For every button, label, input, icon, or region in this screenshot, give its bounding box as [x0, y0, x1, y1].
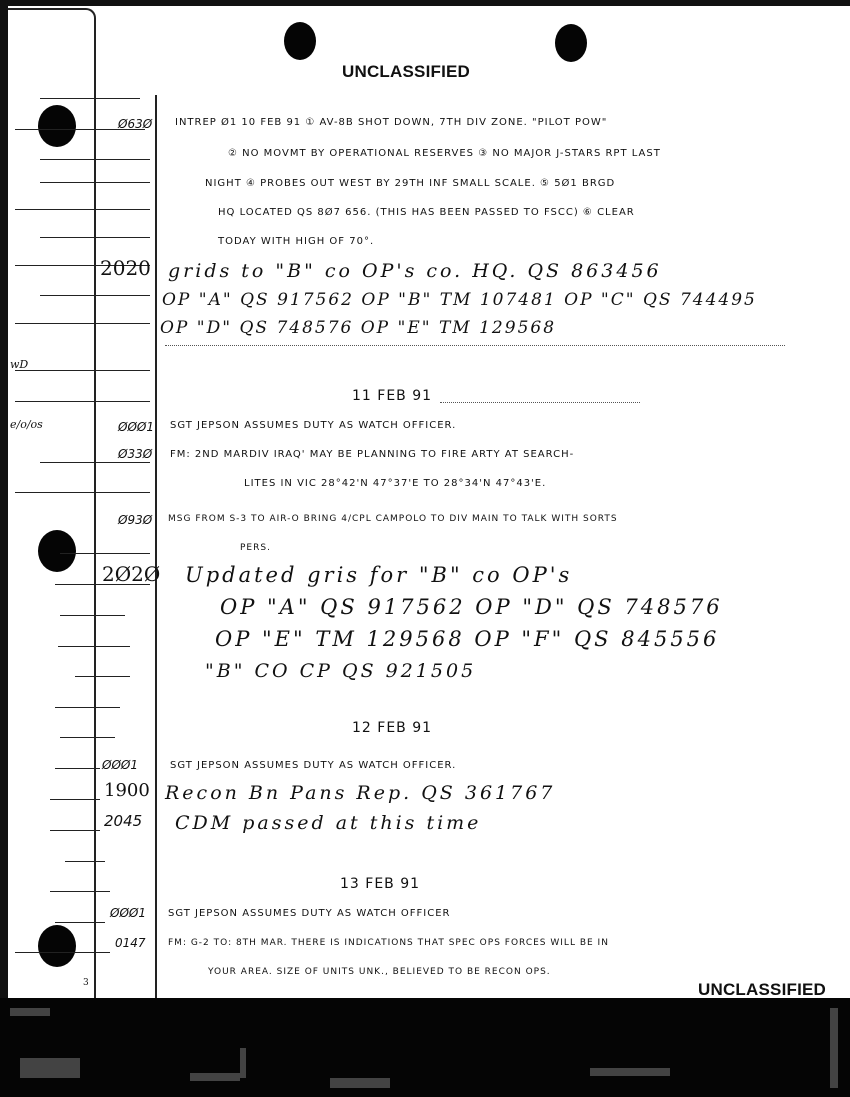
margin-rule: [60, 737, 115, 738]
margin-rule: [50, 891, 110, 892]
margin-rule: [58, 646, 130, 647]
date-heading: 13 FEB 91: [340, 876, 420, 892]
margin-rule: [15, 323, 150, 324]
entry-time: 0147: [115, 936, 146, 950]
margin-rule: [15, 401, 150, 402]
entry-time: Ø33Ø: [118, 447, 152, 461]
punch-hole-icon: [284, 22, 316, 60]
entry-time: ØØØ1: [102, 758, 138, 772]
margin-rule: [55, 707, 120, 708]
entry-line: ② NO MOVMT BY OPERATIONAL RESERVES ③ NO …: [228, 148, 661, 159]
punch-hole-icon: [555, 24, 587, 62]
entry-line: INTREP Ø1 10 FEB 91 ① AV-8B SHOT DOWN, 7…: [175, 117, 607, 128]
entry-line: CDM passed at this time: [175, 812, 481, 834]
ruled-line: [440, 402, 640, 403]
time-column-rule: [155, 95, 157, 1000]
entry-time: Ø93Ø: [118, 513, 152, 527]
entry-line: SGT JEPSON ASSUMES DUTY AS WATCH OFFICER…: [170, 420, 456, 431]
entry-line: Recon Bn Pans Rep. QS 361767: [165, 782, 555, 804]
entry-line: grids to "B" co OP's co. HQ. QS 863456: [168, 260, 662, 282]
margin-rule: [50, 799, 100, 800]
entry-line: Updated gris for "B" co OP's: [185, 563, 572, 587]
entry-line: LITES IN VIC 28°42'N 47°37'E TO 28°34'N …: [244, 478, 546, 489]
margin-rule: [50, 830, 100, 831]
margin-note: wD: [10, 358, 28, 371]
margin-rule: [40, 462, 150, 463]
entry-line: OP "E" TM 129568 OP "F" QS 845556: [215, 627, 719, 651]
page-top-edge: [0, 0, 850, 6]
date-heading: 12 FEB 91: [352, 720, 432, 736]
margin-rule: [40, 237, 150, 238]
page-left-edge: [0, 0, 8, 1000]
margin-rule: [15, 492, 150, 493]
page-marker: 3: [83, 978, 89, 988]
entry-line: NIGHT ④ PROBES OUT WEST BY 29TH INF SMAL…: [205, 178, 615, 189]
entry-line: MSG FROM S-3 TO AIR-O BRING 4/CPL CAMPOL…: [168, 514, 618, 524]
punch-hole-icon: [38, 925, 76, 967]
entry-time: ØØØ1: [110, 906, 146, 920]
punch-hole-icon: [38, 105, 76, 147]
entry-line: FM: 2ND MARDIV IRAQ' MAY BE PLANNING TO …: [170, 449, 574, 460]
margin-rule: [40, 295, 150, 296]
margin-rule: [15, 209, 150, 210]
margin-rule: [40, 98, 140, 99]
ruled-line: [165, 345, 785, 346]
margin-rule: [40, 159, 150, 160]
entry-line: FM: G-2 TO: 8TH MAR. THERE IS INDICATION…: [168, 938, 609, 948]
margin-rule: [15, 952, 110, 953]
date-heading: 11 FEB 91: [352, 388, 432, 404]
entry-time: ØØØ1: [118, 420, 154, 434]
entry-line: TODAY WITH HIGH OF 70°.: [218, 236, 374, 247]
entry-time: 2020: [100, 256, 151, 280]
classification-footer: UNCLASSIFIED: [698, 980, 826, 1000]
margin-rule: [55, 922, 105, 923]
entry-line: HQ LOCATED QS 8Ø7 656. (THIS HAS BEEN PA…: [218, 207, 635, 218]
entry-line: "B" CO CP QS 921505: [205, 660, 476, 682]
punch-hole-icon: [38, 530, 76, 572]
scan-shadow-band: [0, 998, 850, 1097]
margin-rule: [75, 676, 130, 677]
margin-note: e/o/os: [10, 418, 43, 431]
entry-line: OP "D" QS 748576 OP "E" TM 129568: [160, 318, 556, 338]
log-page: wD e/o/os 3 UNCLASSIFIED UNCLASSIFIED Ø6…: [0, 0, 850, 1097]
entry-time: 1900: [104, 780, 150, 801]
margin-rule: [60, 553, 150, 554]
margin-rule: [55, 768, 100, 769]
margin-rule: [40, 182, 150, 183]
entry-time: 2Ø2Ø: [102, 562, 160, 586]
entry-line: SGT JEPSON ASSUMES DUTY AS WATCH OFFICER…: [170, 760, 456, 771]
entry-line: OP "A" QS 917562 OP "D" QS 748576: [220, 595, 723, 619]
entry-line: YOUR AREA. SIZE OF UNITS UNK., BELIEVED …: [208, 967, 551, 977]
entry-time: 2045: [104, 812, 142, 830]
entry-line: OP "A" QS 917562 OP "B" TM 107481 OP "C"…: [162, 290, 757, 310]
entry-line: SGT JEPSON ASSUMES DUTY AS WATCH OFFICER: [168, 908, 451, 919]
margin-rule: [15, 370, 150, 371]
margin-rule: [65, 861, 105, 862]
margin-rule: [60, 615, 125, 616]
entry-time: Ø63Ø: [118, 117, 152, 131]
entry-line: PERS.: [240, 543, 271, 553]
margin-strip: [8, 8, 96, 1000]
classification-header: UNCLASSIFIED: [342, 62, 470, 82]
